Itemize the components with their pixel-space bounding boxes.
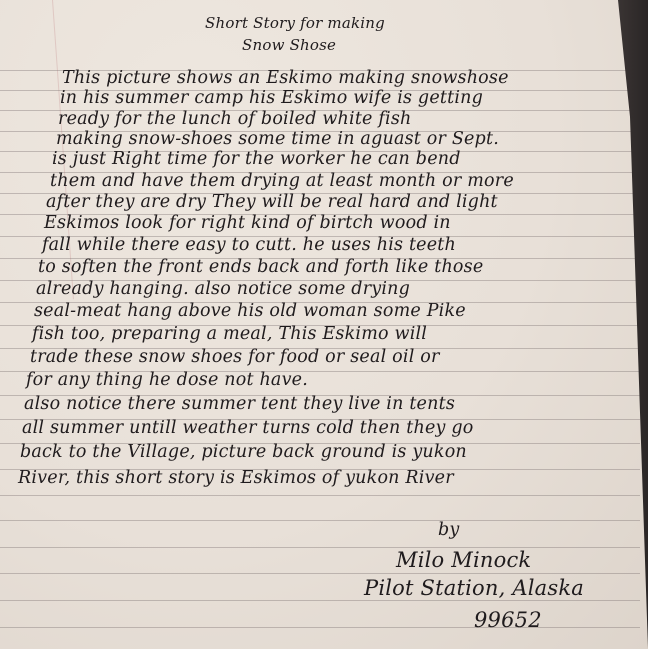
body-line: Eskimos look for right kind of birtch wo… xyxy=(44,213,451,233)
body-line: also notice there summer tent they live … xyxy=(24,394,455,414)
body-line: for any thing he dose not have. xyxy=(26,370,308,390)
body-line: is just Right time for the worker he can… xyxy=(52,149,461,169)
signature-name: Milo Minock xyxy=(396,548,531,572)
ruled-line xyxy=(0,600,640,601)
body-line: after they are dry They will be real har… xyxy=(46,192,498,212)
body-line: making snow-shoes some time in aguast or… xyxy=(56,129,499,149)
ruled-line xyxy=(0,547,640,548)
ruled-line xyxy=(0,573,640,574)
body-line: fall while there easy to cutt. he uses h… xyxy=(42,235,456,255)
body-line: River, this short story is Eskimos of yu… xyxy=(18,468,454,488)
body-line: to soften the front ends back and forth … xyxy=(38,257,483,277)
body-line: back to the Village, picture back ground… xyxy=(20,442,467,462)
body-line: all summer untill weather turns cold the… xyxy=(22,418,474,438)
ruled-line xyxy=(0,520,640,521)
body-line: fish too, preparing a meal, This Eskimo … xyxy=(32,324,427,344)
ruled-line xyxy=(0,495,640,496)
signature-by: by xyxy=(438,520,460,540)
ruled-line xyxy=(0,627,640,628)
signature-location: Pilot Station, Alaska xyxy=(364,576,584,600)
body-line: in his summer camp his Eskimo wife is ge… xyxy=(60,88,483,108)
signature-zip: 99652 xyxy=(474,608,542,632)
body-line: This picture shows an Eskimo making snow… xyxy=(62,68,509,88)
body-line: trade these snow shoes for food or seal … xyxy=(30,347,440,367)
ruled-paper-sheet: Short Story for making Snow Shose This p… xyxy=(0,0,648,649)
title-line-2: Snow Shose xyxy=(242,36,336,54)
body-line: ready for the lunch of boiled white fish xyxy=(58,109,412,129)
body-line: already hanging. also notice some drying xyxy=(36,279,410,299)
body-line: them and have them drying at least month… xyxy=(50,171,514,191)
title-line-1: Short Story for making xyxy=(205,14,385,32)
body-line: seal-meat hang above his old woman some … xyxy=(34,301,466,321)
